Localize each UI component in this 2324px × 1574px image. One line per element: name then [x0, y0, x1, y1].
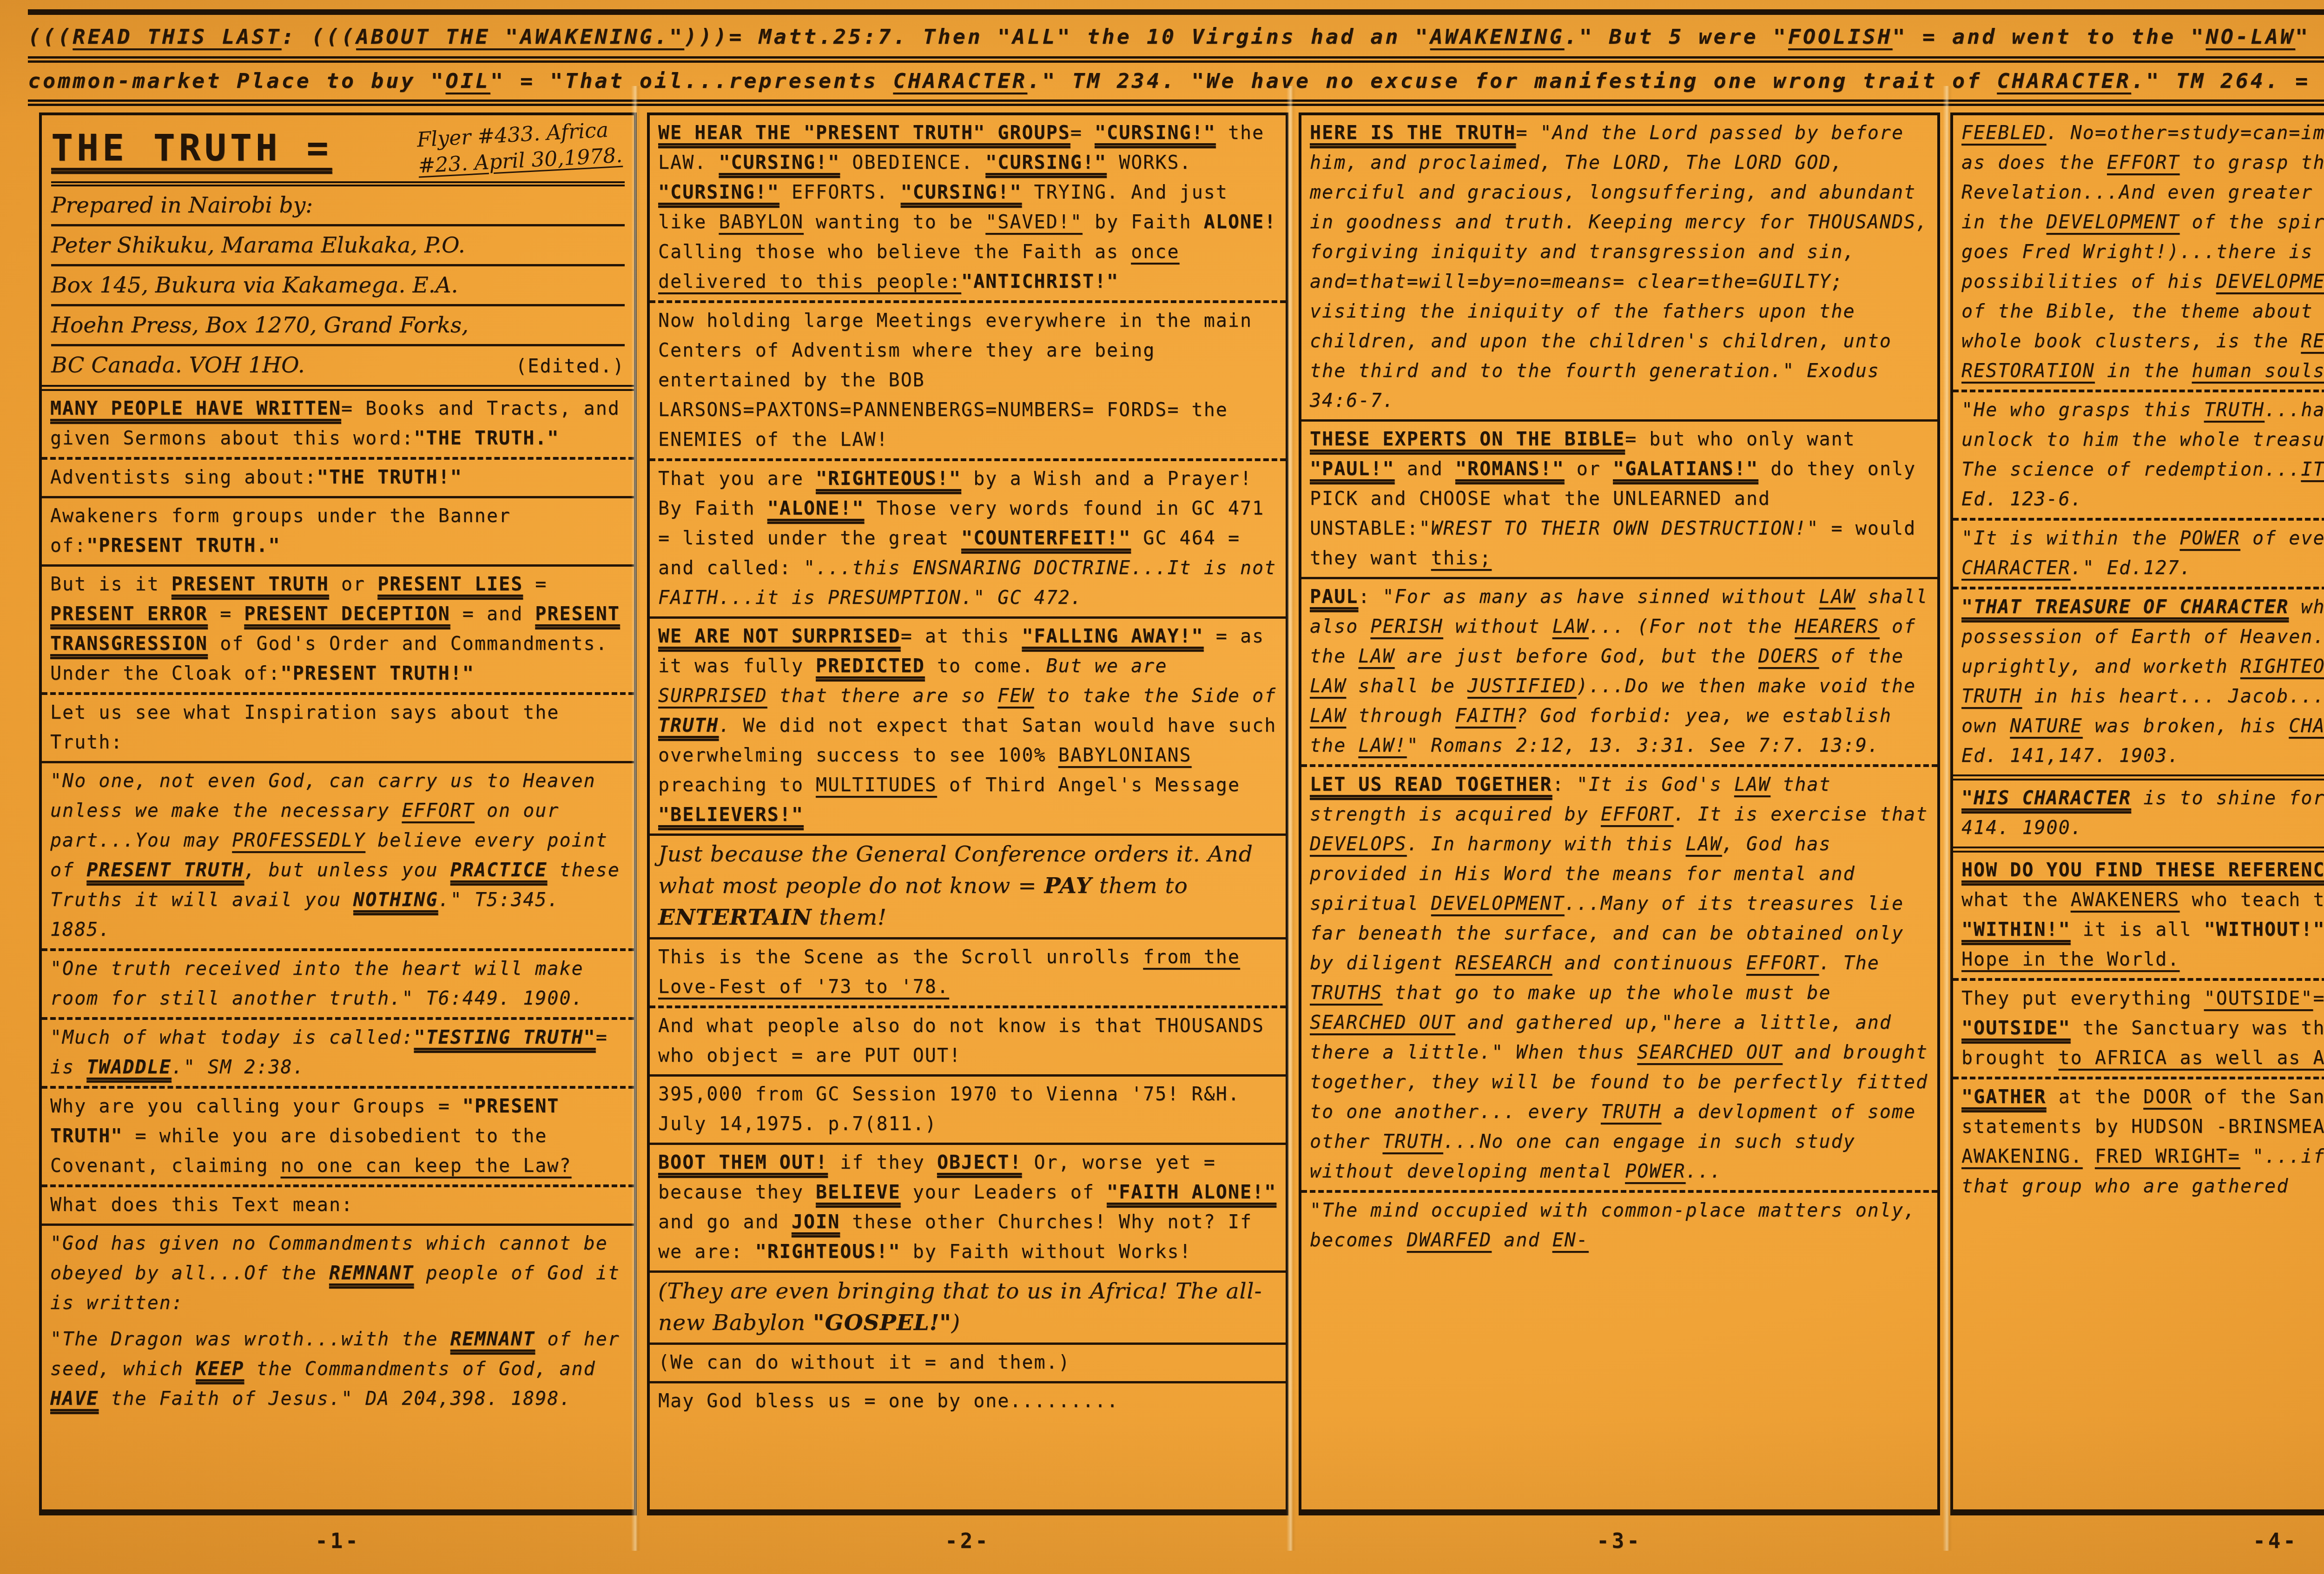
page-number-2: -2- — [647, 1529, 1288, 1553]
text-section: Let us see what Inspiration says about t… — [42, 695, 634, 763]
text-section: That you are "RIGHTEOUS!" by a Wish and … — [650, 461, 1286, 619]
text-section: But is it PRESENT TRUTH or PRESENT LIES … — [42, 567, 634, 695]
text-section: "No one, not even God, can carry us to H… — [42, 763, 634, 951]
text-section: "God has given no Commandments which can… — [42, 1226, 634, 1322]
text-section: BOOT THEM OUT! if they OBJECT! Or, worse… — [650, 1145, 1286, 1273]
column-1: THE TRUTH = Flyer #433. Africa #23. Apri… — [39, 112, 637, 1515]
banner: (((READ THIS LAST: (((ABOUT THE "AWAKENI… — [0, 0, 2324, 106]
text-section: "Much of what today is called:"TESTING T… — [42, 1020, 634, 1089]
column-3-sections: HERE IS THE TRUTH= "And the Lord passed … — [1301, 115, 1937, 1259]
text-section: MANY PEOPLE HAVE WRITTEN= Books and Trac… — [42, 391, 634, 460]
column-4-sections: FEEBLED. No=other=study=can=impart= such… — [1953, 115, 2324, 1205]
text-section: THESE EXPERTS ON THE BIBLE= but who only… — [1301, 422, 1937, 579]
page-number-4: -4- — [1950, 1529, 2324, 1553]
address-line-4-text: BC Canada. VOH 1HO. — [51, 351, 305, 380]
text-section: (We can do without it = and them.) — [650, 1345, 1286, 1383]
banner-top-rule — [28, 9, 2324, 15]
column-2: WE HEAR THE "PRESENT TRUTH" GROUPS= "CUR… — [647, 112, 1288, 1515]
column-3: HERE IS THE TRUTH= "And the Lord passed … — [1299, 112, 1940, 1515]
page-numbers: -1- -2- -3- -4- — [39, 1529, 2324, 1553]
prepared-line: Prepared in Nairobi by: — [51, 186, 625, 226]
text-section: (They are even bringing that to us in Af… — [650, 1273, 1286, 1345]
columns-region: THE TRUTH = Flyer #433. Africa #23. Apri… — [39, 112, 2324, 1515]
text-section: 395,000 from GC Session 1970 to Vienna '… — [650, 1077, 1286, 1145]
masthead-title: THE TRUTH = — [51, 121, 332, 169]
masthead: THE TRUTH = Flyer #433. Africa #23. Apri… — [42, 115, 634, 391]
text-section: Now holding large Meetings everywhere in… — [650, 303, 1286, 461]
column-1-sections: MANY PEOPLE HAVE WRITTEN= Books and Trac… — [42, 391, 634, 1417]
text-section: Why are you calling your Groups = "PRESE… — [42, 1089, 634, 1187]
page-number-1: -1- — [39, 1529, 637, 1553]
address-line-4: BC Canada. VOH 1HO. (Edited.) — [51, 346, 625, 385]
text-section: This is the Scene as the Scroll unrolls … — [650, 939, 1286, 1008]
text-section: Awakeners form groups under the Banner o… — [42, 498, 634, 567]
scanned-flyer-page: (((READ THIS LAST: (((ABOUT THE "AWAKENI… — [0, 0, 2324, 1574]
text-section: Adventists sing about:"THE TRUTH!" — [42, 460, 634, 498]
address-line-1: Peter Shikuku, Marama Elukaka, P.O. — [51, 226, 625, 266]
text-section: "GATHER at the DOOR of the Sanctuary" (A… — [1953, 1079, 2324, 1205]
address-line-3: Hoehn Press, Box 1270, Grand Forks, — [51, 306, 625, 346]
text-section: "HIS CHARACTER is to shine forth in His … — [1953, 780, 2324, 853]
column-4: FEEBLED. No=other=study=can=impart= such… — [1950, 112, 2324, 1515]
text-section: "One truth received into the heart will … — [42, 951, 634, 1020]
text-section: HOW DO YOU FIND THESE REFERENCES= Try co… — [1953, 853, 2324, 981]
banner-line-2: common-market Place to buy "OIL" = "That… — [28, 63, 2324, 106]
address-line-2: Box 145, Bukura via Kakamega. E.A. — [51, 266, 625, 306]
text-section: WE ARE NOT SURPRISED= at this "FALLING A… — [650, 619, 1286, 836]
text-section: May God bless us = one by one......... — [650, 1383, 1286, 1420]
text-section: LET US READ TOGETHER: "It is God's LAW t… — [1301, 767, 1937, 1193]
masthead-note: Flyer #433. Africa #23. April 30,1978. — [416, 115, 626, 179]
text-section: HERE IS THE TRUTH= "And the Lord passed … — [1301, 115, 1937, 422]
text-section: "He who grasps this TRUTH...has the KEY … — [1953, 392, 2324, 521]
edited-label: (Edited.) — [515, 351, 625, 381]
text-section: "THAT TREASURE OF CHARACTER which is the… — [1953, 589, 2324, 780]
text-section: And what people also do not know is that… — [650, 1008, 1286, 1077]
text-section: PAUL: "For as many as have sinned withou… — [1301, 579, 1937, 767]
page-number-3: -3- — [1299, 1529, 1940, 1553]
text-section: They put everything "OUTSIDE"= even sold… — [1953, 981, 2324, 1079]
text-section: "It is within the POWER of every one to.… — [1953, 521, 2324, 589]
text-section: WE HEAR THE "PRESENT TRUTH" GROUPS= "CUR… — [650, 115, 1286, 303]
text-section: "The mind occupied with common-place mat… — [1301, 1193, 1937, 1259]
masthead-title-row: THE TRUTH = Flyer #433. Africa #23. Apri… — [51, 121, 625, 186]
text-section: What does this Text mean: — [42, 1187, 634, 1226]
text-section: FEEBLED. No=other=study=can=impart= such… — [1953, 115, 2324, 392]
text-section: "The Dragon was wroth...with the REMNANT… — [42, 1322, 634, 1417]
column-2-sections: WE HEAR THE "PRESENT TRUTH" GROUPS= "CUR… — [650, 115, 1286, 1420]
banner-line-1: (((READ THIS LAST: (((ABOUT THE "AWAKENI… — [28, 22, 2324, 63]
text-section: Just because the General Conference orde… — [650, 836, 1286, 939]
